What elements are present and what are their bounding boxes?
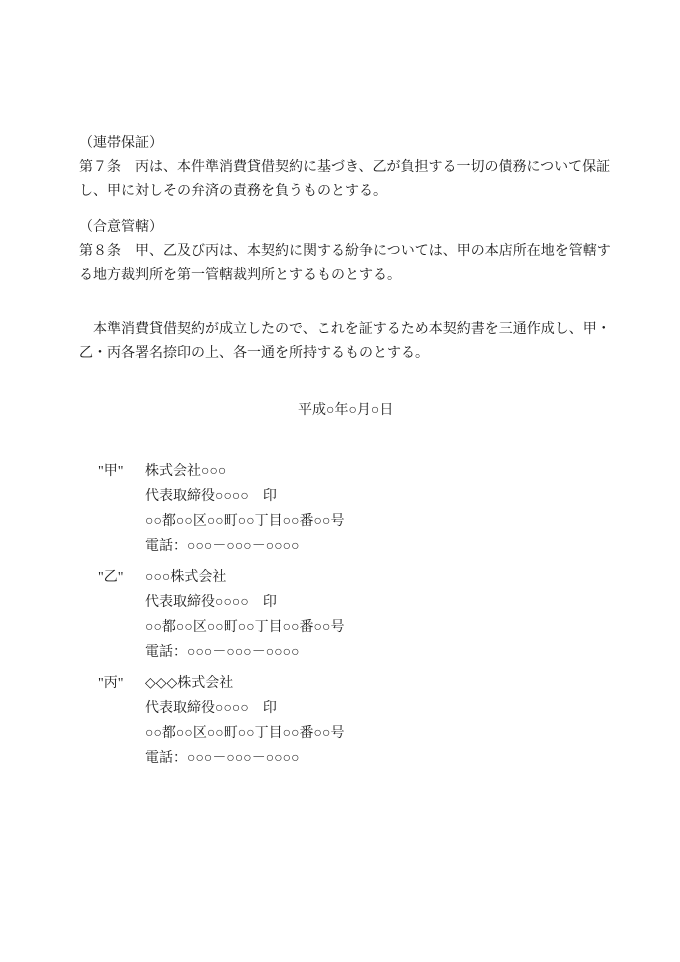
party-address: ○○都○○区○○町○○丁目○○番○○号 [145, 615, 639, 640]
party-phone: 電話：○○○－○○○－○○○○ [145, 534, 639, 559]
section-heading: （合意管轄） [79, 216, 639, 240]
party-block-hei: "丙" ◇◇◇株式会社 代表取締役○○○○ 印 ○○都○○区○○町○○丁目○○番… [79, 671, 639, 771]
party-phone: 電話：○○○－○○○－○○○○ [145, 640, 639, 665]
party-representative: 代表取締役○○○○ 印 [145, 484, 639, 509]
party-block-otsu: "乙" ○○○株式会社 代表取締役○○○○ 印 ○○都○○区○○町○○丁目○○番… [79, 565, 639, 665]
section-agreed-jurisdiction: （合意管轄） 第８条 甲、乙及び丙は、本契約に関する紛争については、甲の本店所在… [79, 216, 639, 288]
party-block-kou: "甲" 株式会社○○○ 代表取締役○○○○ 印 ○○都○○区○○町○○丁目○○番… [79, 459, 639, 559]
party-details: 株式会社○○○ 代表取締役○○○○ 印 ○○都○○区○○町○○丁目○○番○○号 … [145, 459, 639, 559]
section-body: 第８条 甲、乙及び丙は、本契約に関する紛争については、甲の本店所在地を管轄す る… [79, 240, 639, 288]
party-phone: 電話：○○○－○○○－○○○○ [145, 746, 639, 771]
contract-body: （連帯保証） 第７条 丙は、本件準消費貸借契約に基づき、乙が負担する一切の債務に… [79, 132, 639, 777]
party-representative: 代表取締役○○○○ 印 [145, 590, 639, 615]
closing-paragraph: 本準消費貸借契約が成立したので、これを証するため本契約書を三通作成し、甲・ 乙・… [79, 318, 639, 366]
section-joint-guarantee: （連帯保証） 第７条 丙は、本件準消費貸借契約に基づき、乙が負担する一切の債務に… [79, 132, 639, 204]
signature-blocks: "甲" 株式会社○○○ 代表取締役○○○○ 印 ○○都○○区○○町○○丁目○○番… [79, 459, 639, 771]
section-body: 第７条 丙は、本件準消費貸借契約に基づき、乙が負担する一切の債務について保証 し… [79, 156, 639, 204]
party-label: "丙" [98, 671, 145, 771]
party-representative: 代表取締役○○○○ 印 [145, 696, 639, 721]
party-address: ○○都○○区○○町○○丁目○○番○○号 [145, 721, 639, 746]
date-line: 平成○年○月○日 [298, 399, 639, 423]
party-company: ◇◇◇株式会社 [145, 671, 639, 696]
party-label: "甲" [98, 459, 145, 559]
party-details: ○○○株式会社 代表取締役○○○○ 印 ○○都○○区○○町○○丁目○○番○○号 … [145, 565, 639, 665]
party-label: "乙" [98, 565, 145, 665]
party-company: 株式会社○○○ [145, 459, 639, 484]
party-details: ◇◇◇株式会社 代表取締役○○○○ 印 ○○都○○区○○町○○丁目○○番○○号 … [145, 671, 639, 771]
party-company: ○○○株式会社 [145, 565, 639, 590]
document-page: （連帯保証） 第７条 丙は、本件準消費貸借契約に基づき、乙が負担する一切の債務に… [0, 0, 680, 962]
party-address: ○○都○○区○○町○○丁目○○番○○号 [145, 509, 639, 534]
section-heading: （連帯保証） [79, 132, 639, 156]
